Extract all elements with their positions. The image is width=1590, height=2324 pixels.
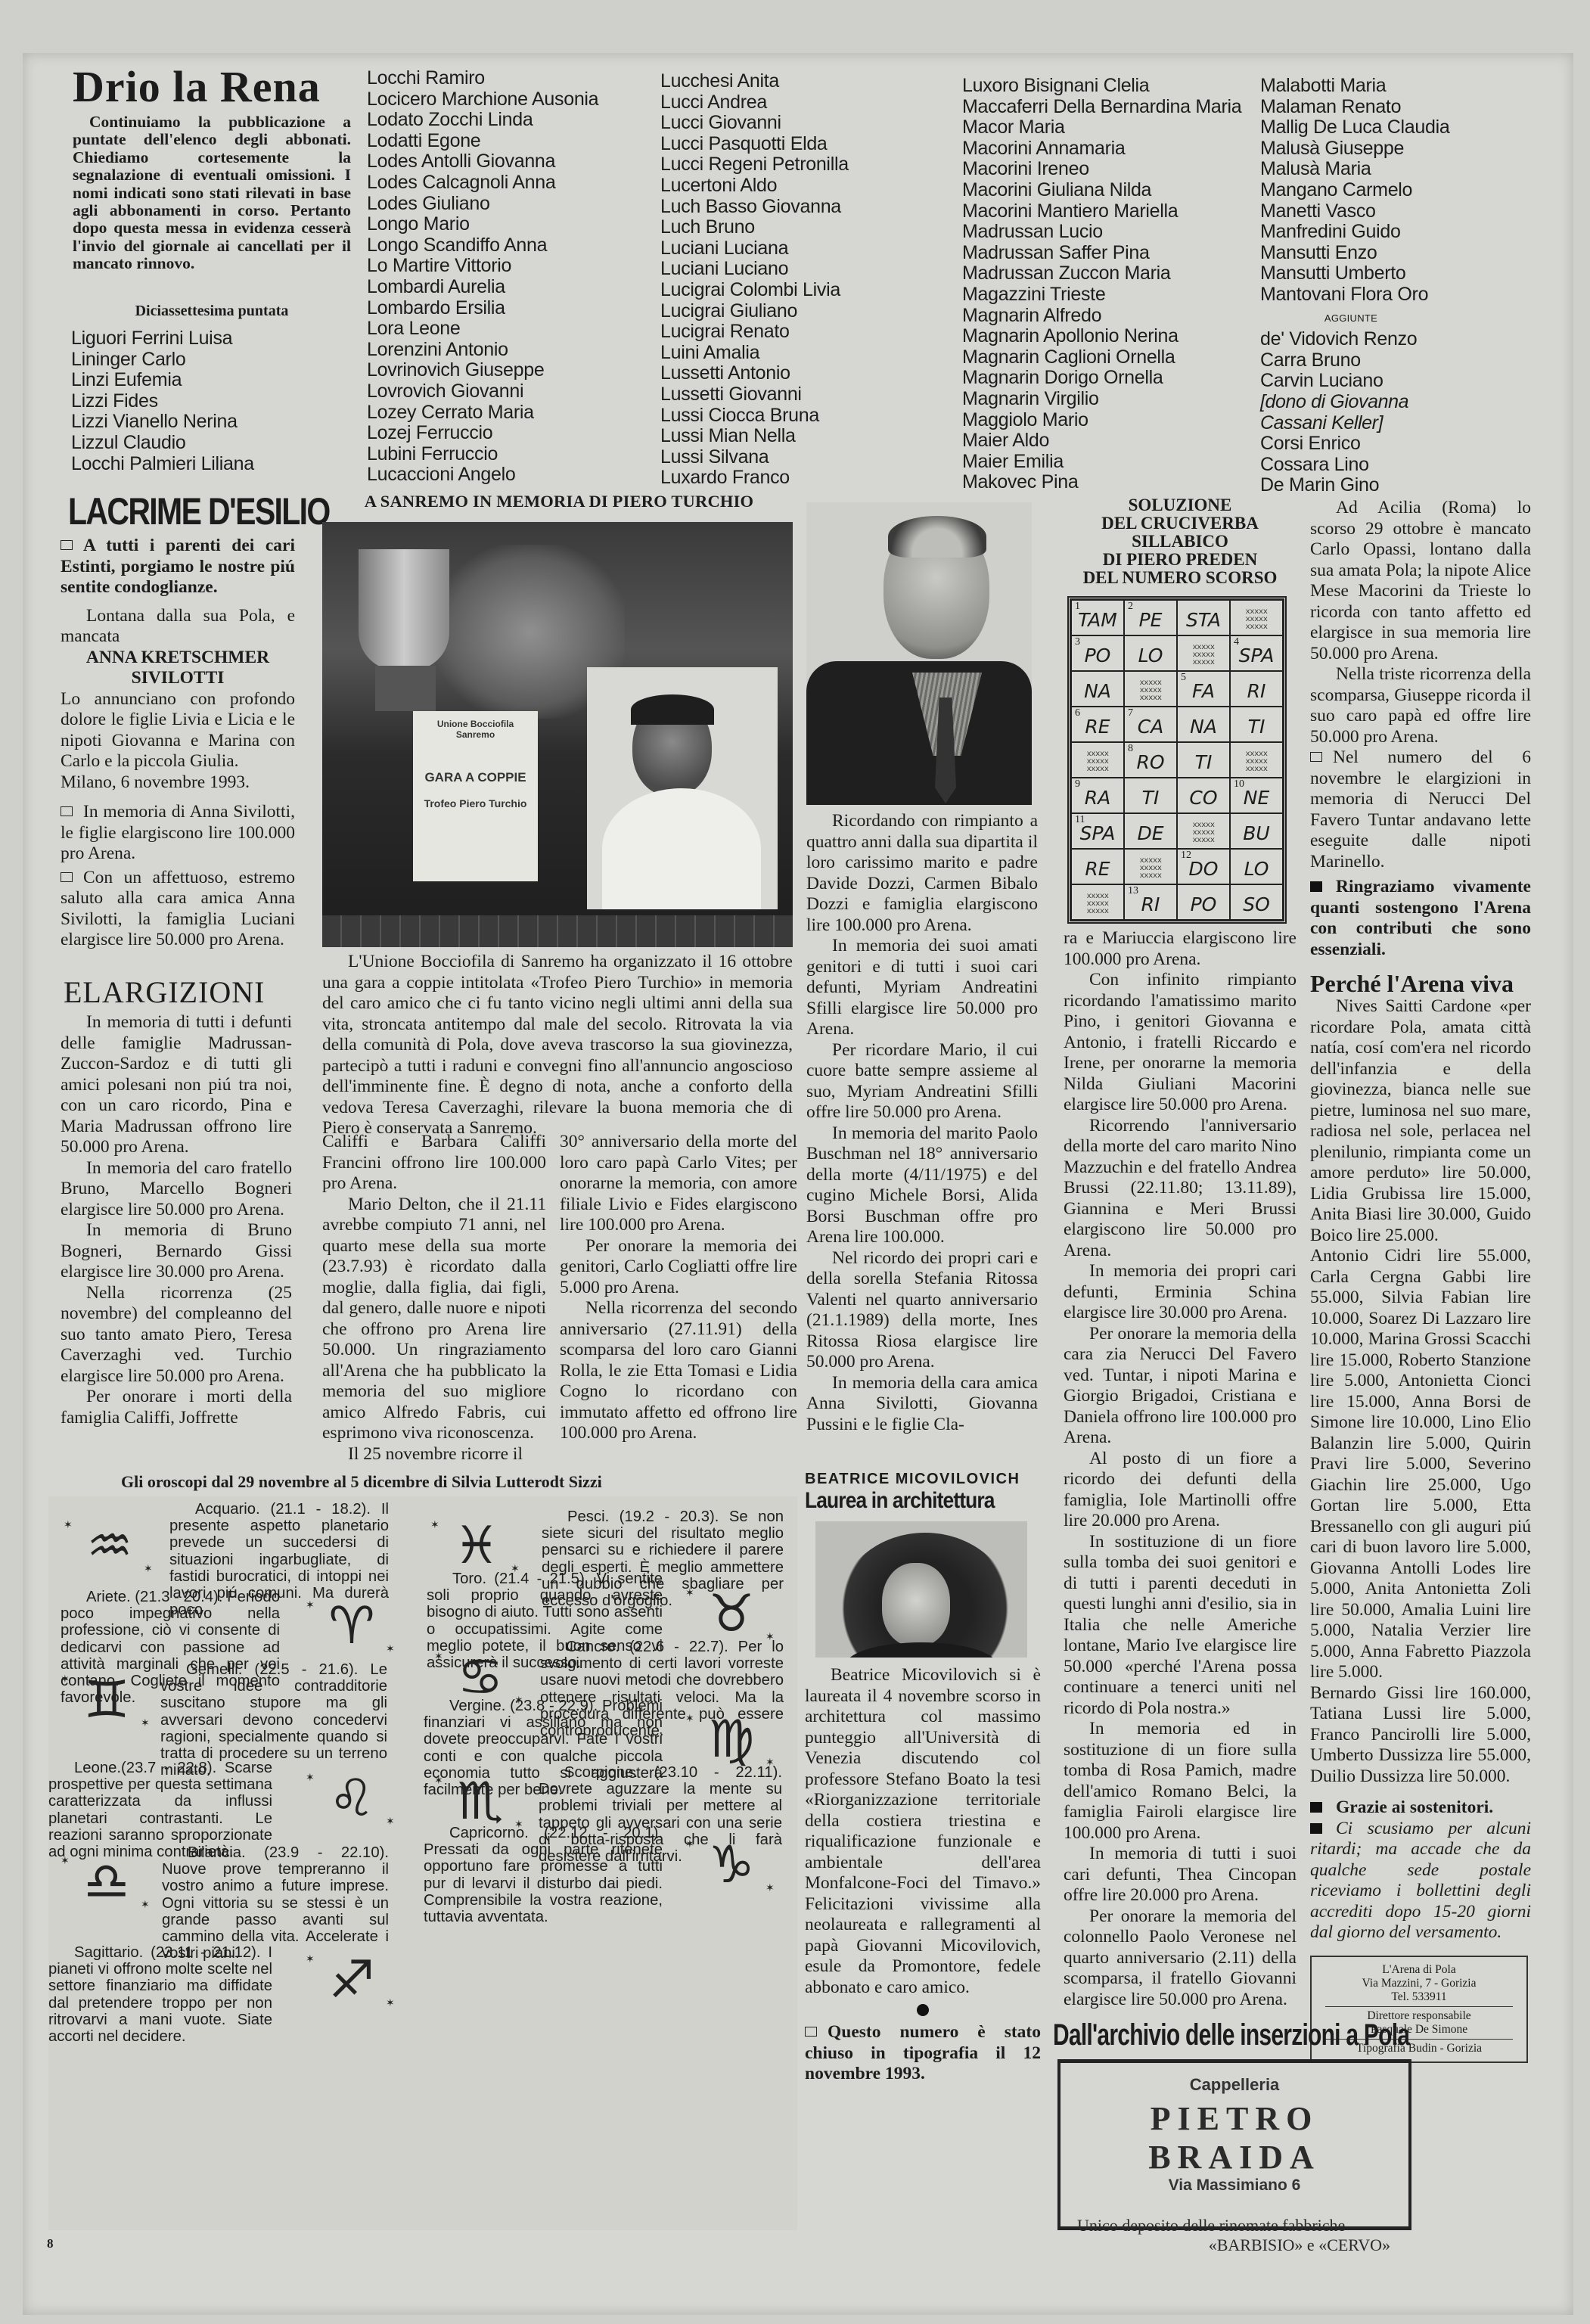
crossword-cell: LO	[1230, 849, 1283, 884]
aggiunte-name: Carvin Luciano	[1260, 371, 1442, 392]
donation-paragraph: Ricorrendo l'anniversario della morte de…	[1064, 1116, 1297, 1262]
checkbox-glyph-icon	[805, 2027, 817, 2037]
subscriber-name: Luini Amalia	[660, 343, 933, 364]
subscriber-name: Lucigrai Renato	[660, 322, 933, 343]
lacrime-p3: In memoria di Anna Sivilotti, le figlie …	[61, 802, 295, 865]
bullet-dot-icon	[917, 2004, 929, 2016]
crossword-cell: DE	[1124, 813, 1177, 849]
bullet-square-icon	[1310, 881, 1322, 892]
subscriber-name: Manfredini Guido	[1260, 222, 1442, 243]
subscriber-name: Lorenzini Antonio	[367, 340, 616, 361]
subscriber-name: Lucertoni Aldo	[660, 176, 933, 197]
subscriber-name: Magnarin Apollonio Nerina	[962, 326, 1250, 347]
subscriber-name: Linzi Eufemia	[71, 370, 359, 391]
ad-address: Via Massimiano 6	[1061, 2176, 1408, 2195]
crossword-cell: RI	[1230, 671, 1283, 707]
subscriber-list-col2: Locchi RamiroLocicero Marchione AusoniaL…	[367, 68, 616, 486]
event-poster: Unione Bocciofila Sanremo GARA A COPPIE …	[413, 711, 538, 881]
subscriber-name: Malaman Renato	[1260, 97, 1442, 118]
subscriber-name: Luxardo Franco	[660, 468, 933, 489]
donation-paragraph: Nel ricordo dei propri cari e della sore…	[806, 1248, 1038, 1373]
viva-p1: Nives Saitti Cardone «per ricordare Pola…	[1310, 996, 1531, 1246]
subscriber-name: Lizzi Vianello Nerina	[71, 412, 359, 433]
lacrime-p2: Lo annunciano con profondo dolore le fig…	[61, 689, 295, 772]
viva-p3: Bernardo Gissi lire 160.000, Tatiana Lus…	[1310, 1683, 1531, 1788]
donation-paragraph: Per onorare la memoria della cara zia Ne…	[1064, 1324, 1297, 1449]
subscriber-name: Madrussan Lucio	[962, 222, 1250, 243]
crossword-cell: 1TAM	[1071, 600, 1124, 635]
crossword-cell: 3PO	[1071, 635, 1124, 671]
crossword-cell: TI	[1124, 778, 1177, 813]
deceased-name: ANNA KRETSCHMER SIVILOTTI	[61, 648, 295, 689]
donation-paragraph: Con infinito rimpianto ricordando l'amat…	[1064, 970, 1297, 1116]
subscriber-name: Magnarin Alfredo	[962, 306, 1250, 327]
subscriber-name: Luciani Luciano	[660, 259, 933, 280]
crossword-cell: NA	[1177, 707, 1230, 742]
subscriber-name: Lodato Zocchi Linda	[367, 110, 616, 131]
checkbox-glyph-icon	[61, 806, 73, 816]
donation-paragraph: Per onorare la memoria dei genitori, Car…	[560, 1236, 797, 1299]
subscriber-name: Macorini Annamaria	[962, 138, 1250, 160]
page-number: 8	[47, 2236, 54, 2251]
viva-p2: Antonio Cidri lire 55.000, Carla Cergna …	[1310, 1246, 1531, 1683]
crossword-block-cell: xxxxxxxxxxxxxxx	[1230, 742, 1283, 778]
donation-paragraph: ra e Mariuccia elargiscono lire 100.000 …	[1064, 928, 1297, 970]
giuseppe-note: Nella triste ricorrenza della scomparsa,…	[1310, 664, 1531, 747]
drio-puntata: Diciassettesima puntata	[73, 303, 351, 320]
ad-line2: «BARBISIO» e «CERVO»	[1061, 2235, 1408, 2255]
portrait-beatrice	[815, 1521, 1027, 1658]
closing-note: Questo numero è stato chiuso in tipograf…	[805, 2022, 1041, 2085]
ad-kicker: Cappelleria	[1061, 2075, 1408, 2095]
subscriber-name: Lombardo Ersilia	[367, 298, 616, 319]
donation-paragraph: Nella ricorrenza (25 novembre) del compl…	[61, 1283, 292, 1387]
subscriber-name: Lozey Cerrato Maria	[367, 402, 616, 424]
subscriber-list-col1: Liguori Ferrini LuisaLininger CarloLinzi…	[71, 328, 359, 474]
donation-paragraph: Al posto di un fiore a ricordo dei defun…	[1064, 1449, 1297, 1532]
subscriber-name: Macorini Giuliana Nilda	[962, 180, 1250, 201]
crossword-block-cell: xxxxxxxxxxxxxxx	[1230, 600, 1283, 635]
subscriber-name: Lussi Silvana	[660, 447, 933, 468]
star-icon: ✶	[306, 1772, 315, 1785]
aggiunte-name: de' Vidovich Renzo	[1260, 329, 1442, 350]
subscriber-name: Lizzul Claudio	[71, 433, 359, 454]
bullet-square-icon	[1310, 1823, 1322, 1834]
subscriber-name: Malabotti Maria	[1260, 76, 1442, 97]
subscriber-name: Malusà Giuseppe	[1260, 138, 1442, 160]
crossword-block-cell: xxxxxxxxxxxxxxx	[1071, 884, 1124, 920]
subscriber-name: Manetti Vasco	[1260, 201, 1442, 222]
star-icon: ✶	[144, 1563, 153, 1576]
subscriber-name: Mangano Carmelo	[1260, 180, 1442, 201]
publication-address: Via Mazzini, 7 - Gorizia	[1315, 1977, 1523, 1990]
archivio-title: Dall'archivio delle inserzioni a Pola	[1053, 2018, 1409, 2052]
sanremo-section: A SANREMO IN MEMORIA DI PIERO TURCHIO Un…	[322, 492, 796, 1139]
ad-line1: Unico deposito delle rinomate fabbriche	[1061, 2216, 1408, 2235]
subscriber-name: Lizzi Fides	[71, 391, 359, 412]
crossword-cell: SO	[1230, 884, 1283, 920]
subscriber-name: Lodatti Egone	[367, 131, 616, 152]
aggiunte-note: [dono di Giovanna Cassani Keller]	[1260, 392, 1415, 433]
aggiunte-name: De Marin Gino	[1260, 475, 1442, 496]
subscriber-name: Lora Leone	[367, 318, 616, 340]
donation-paragraph: In memoria del caro fratello Bruno, Marc…	[61, 1158, 292, 1221]
donation-paragraph: Per onorare la memoria del colonnello Pa…	[1064, 1906, 1297, 2011]
portrait-piero-turchio	[587, 667, 778, 909]
lacrime-title: LACRIME D'ESILIO	[68, 492, 254, 531]
crossword-cell: 7CA	[1124, 707, 1177, 742]
crossword-block-cell: xxxxxxxxxxxxxxx	[1124, 671, 1177, 707]
subscriber-name: Lussetti Antonio	[660, 363, 933, 384]
subscriber-name: Mansutti Enzo	[1260, 243, 1442, 264]
subscriber-name: Lucigrai Giuliano	[660, 301, 933, 322]
subscriber-name: Makovec Pina	[962, 472, 1250, 493]
star-icon: ✶	[141, 1899, 150, 1912]
star-icon: ✶	[61, 1673, 70, 1686]
subscriber-name: Mallig De Luca Claudia	[1260, 117, 1442, 138]
sanremo-title: A SANREMO IN MEMORIA DI PIERO TURCHIO	[322, 492, 796, 511]
subscriber-name: Lucigrai Colombi Livia	[660, 280, 933, 301]
crossword-title: SOLUZIONEDEL CRUCIVERBASILLABICODI PIERO…	[1064, 496, 1297, 587]
subscriber-list-col5: Malabotti MariaMalaman RenatoMallig De L…	[1260, 76, 1442, 496]
crossword-cell: NA	[1071, 671, 1124, 707]
subscriber-name: Magnarin Caglioni Ornella	[962, 347, 1250, 368]
subscriber-name: Lovrinovich Giuseppe	[367, 360, 616, 381]
subscriber-name: Mantovani Flora Oro	[1260, 284, 1442, 306]
donation-paragraph: In memoria ed in sostituzione di un fior…	[1064, 1719, 1297, 1844]
star-icon: ✶	[386, 1997, 395, 2010]
subscriber-name: Lussi Ciocca Bruna	[660, 405, 933, 427]
checkbox-glyph-icon	[61, 872, 73, 882]
donation-paragraph: In memoria dei propri cari defunti, Ermi…	[1064, 1261, 1297, 1324]
bullet-square-icon	[1310, 1802, 1322, 1813]
subscriber-list-col3: Lucchesi AnitaLucci AndreaLucci Giovanni…	[660, 71, 933, 489]
donation-paragraph: In memoria di Bruno Bogneri, Bernardo Gi…	[61, 1220, 292, 1283]
star-icon: ✶	[765, 1882, 775, 1895]
subscriber-name: Longo Mario	[367, 214, 616, 235]
donation-paragraph: In sostituzione di un fiore sulla tomba …	[1064, 1532, 1297, 1720]
trophy-cup-icon	[359, 549, 449, 670]
star-icon: ✶	[61, 1855, 70, 1868]
beatrice-kicker: BEATRICE MICOVILOVICH	[805, 1471, 1041, 1488]
beatrice-title: Laurea in architettura	[805, 1488, 1013, 1514]
star-icon: ✶	[430, 1519, 439, 1532]
donation-paragraph: In memoria della cara amica Anna Sivilot…	[806, 1373, 1038, 1436]
subscriber-name: Lodes Calcagnoli Anna	[367, 172, 616, 194]
subscriber-name: Malusà Maria	[1260, 159, 1442, 180]
subscriber-name: Lucci Andrea	[660, 92, 933, 113]
oroscopi-title: Gli oroscopi dal 29 novembre al 5 dicemb…	[121, 1472, 779, 1492]
subscriber-name: Magazzini Trieste	[962, 284, 1250, 306]
crossword-cell: 4SPA	[1230, 635, 1283, 671]
subscriber-name: Lodes Giuliano	[367, 194, 616, 215]
donation-paragraph: Califfi e Barbara Califfi Francini offro…	[322, 1132, 546, 1195]
subscriber-name: Lombardi Aurelia	[367, 277, 616, 298]
subscriber-name: Maccaferri Della Bernardina Maria	[962, 97, 1250, 118]
right-column: Ad Acilia (Roma) lo scorso 29 ottobre è …	[1310, 498, 1531, 2063]
crossword-cell: 13RI	[1124, 884, 1177, 920]
crossword-block-cell: xxxxxxxxxxxxxxx	[1124, 849, 1177, 884]
paving-stones	[322, 915, 793, 947]
beatrice-body: Beatrice Micovilovich si è laureata il 4…	[805, 1665, 1041, 1998]
checkbox-glyph-icon	[1310, 752, 1322, 762]
subscriber-name: Madrussan Saffer Pina	[962, 243, 1250, 264]
aggiunte-name: Carra Bruno	[1260, 350, 1442, 371]
star-icon: ✶	[434, 1775, 443, 1788]
subscriber-list-col4: Luxoro Bisignani CleliaMaccaferri Della …	[962, 76, 1250, 493]
crossword-cell: CO	[1177, 778, 1230, 813]
subscriber-name: Lussi Mian Nella	[660, 426, 933, 447]
subscriber-name: Longo Scandiffo Anna	[367, 235, 616, 256]
portrait-davide-dozzi	[806, 502, 1032, 805]
donation-paragraph: Per onorare i morti della famiglia Calif…	[61, 1387, 292, 1428]
viva-title: Perché l'Arena viva	[1310, 971, 1531, 996]
crossword-block-cell: xxxxxxxxxxxxxxx	[1177, 635, 1230, 671]
publication-phone: Tel. 533911	[1315, 1990, 1523, 2004]
crossword-cell: 6RE	[1071, 707, 1124, 742]
subscriber-name: Lozej Ferruccio	[367, 423, 616, 444]
lacrime-p1: Lontana dalla sua Pola, e mancata	[61, 606, 295, 648]
subscriber-name: Lubini Ferruccio	[367, 444, 616, 465]
subscriber-name: Magnarin Dorigo Ornella	[962, 368, 1250, 389]
crossword-cell: PO	[1177, 884, 1230, 920]
apology-note: Ci scusiamo per alcuni ritardi; ma accad…	[1310, 1819, 1531, 1943]
drio-intro: Continuiamo la pubblicazione a puntate d…	[73, 113, 351, 273]
star-icon: ✶	[434, 1651, 443, 1664]
donation-paragraph: In memoria dei suoi amati genitori e di …	[806, 936, 1038, 1040]
ad-name: PIETRO BRAIDA	[1061, 2099, 1408, 2176]
aggiunte-label: AGGIUNTE	[1260, 306, 1442, 330]
crossword-cell: 5FA	[1177, 671, 1230, 707]
subscriber-name: Lucci Regeni Petronilla	[660, 154, 933, 176]
beatrice-section: BEATRICE MICOVILOVICH Laurea in architet…	[805, 1471, 1041, 2085]
thanks-note: Ringraziamo vivamente quanti sostengono …	[1310, 877, 1531, 960]
subscriber-name: Luch Basso Giovanna	[660, 197, 933, 218]
star-icon: ✶	[141, 1717, 150, 1730]
lacrime-place-date: Milano, 6 novembre 1993.	[61, 772, 295, 794]
subscriber-name: Lodes Antolli Giovanna	[367, 151, 616, 172]
subscriber-name: Luch Bruno	[660, 217, 933, 238]
crossword-cell: STA	[1177, 600, 1230, 635]
subscriber-name: Macor Maria	[962, 117, 1250, 138]
dozzi-section: Ricordando con rimpianto a quattro anni …	[806, 502, 1038, 1435]
crossword-cell: LO	[1124, 635, 1177, 671]
aggiunte-name: Cossara Lino	[1260, 455, 1442, 476]
crossword-cell: 9RA	[1071, 778, 1124, 813]
subscriber-name: Maier Emilia	[962, 452, 1250, 473]
subscriber-name: Lucaccioni Angelo	[367, 464, 616, 486]
donations-col-b: 30° anniversario della morte del loro ca…	[560, 1132, 797, 1444]
crossword-cell: 8RO	[1124, 742, 1177, 778]
subscriber-name: Maier Aldo	[962, 430, 1250, 452]
star-icon: ✶	[306, 1953, 315, 1966]
crossword-block-cell: xxxxxxxxxxxxxxx	[1071, 742, 1124, 778]
subscriber-name: Locchi Palmieri Liliana	[71, 454, 359, 475]
donation-paragraph: Per ricordare Mario, il cui cuore batte …	[806, 1040, 1038, 1123]
subscriber-name: Liguori Ferrini Luisa	[71, 328, 359, 350]
checkbox-glyph-icon	[61, 540, 73, 550]
drio-title: Drio la Rena	[73, 64, 368, 110]
crossword-cell: BU	[1230, 813, 1283, 849]
opassi-note: Ad Acilia (Roma) lo scorso 29 ottobre è …	[1310, 498, 1531, 664]
star-icon: ✶	[64, 1519, 73, 1532]
subscriber-name: Locchi Ramiro	[367, 68, 616, 89]
publication-name: L'Arena di Pola	[1315, 1963, 1523, 1977]
crossword-cell: TI	[1177, 742, 1230, 778]
crossword-cell: 10NE	[1230, 778, 1283, 813]
pietro-braida-ad: Cappelleria PIETRO BRAIDA Via Massimiano…	[1057, 2059, 1411, 2230]
crossword-section: SOLUZIONEDEL CRUCIVERBASILLABICODI PIERO…	[1064, 496, 1297, 2010]
star-icon: ✶	[386, 1816, 395, 1828]
donation-paragraph: In memoria del marito Paolo Buschman nel…	[806, 1123, 1038, 1248]
subscriber-name: Luxoro Bisignani Clelia	[962, 76, 1250, 97]
subscriber-name: Magnarin Virgilio	[962, 389, 1250, 410]
star-icon: ✶	[386, 1643, 395, 1656]
subscriber-name: Lucci Pasquotti Elda	[660, 134, 933, 155]
sanremo-body: L'Unione Bocciofila di Sanremo ha organi…	[322, 952, 793, 1139]
subscriber-name: Luciani Luciana	[660, 238, 933, 259]
subscriber-name: Lucchesi Anita	[660, 71, 933, 92]
donation-paragraph: Ricordando con rimpianto a quattro anni …	[806, 811, 1038, 936]
star-icon: ✶	[685, 1713, 694, 1726]
donation-paragraph: Il 25 novembre ricorre il	[322, 1444, 546, 1465]
donation-paragraph: Mario Delton, che il 21.11 avrebbe compi…	[322, 1195, 546, 1444]
crossword-cell: TI	[1230, 707, 1283, 742]
crossword-cell: 12DO	[1177, 849, 1230, 884]
elargizioni-title: ELARGIZIONI	[64, 976, 292, 1009]
crossword-cell: 11SPA	[1071, 813, 1124, 849]
crossword-cell: RE	[1071, 849, 1124, 884]
donation-paragraph: Nella ricorrenza del secondo anniversari…	[560, 1298, 797, 1444]
subscriber-name: Lovrovich Giovanni	[367, 381, 616, 402]
errata-note: Nel numero del 6 novembre le elargizioni…	[1310, 747, 1531, 872]
crossword-grid: 1TAM2PESTAxxxxxxxxxxxxxxx3POLOxxxxxxxxxx…	[1067, 596, 1287, 924]
sanremo-photo: Unione Bocciofila Sanremo GARA A COPPIE …	[322, 522, 793, 947]
subscriber-name: Lininger Carlo	[71, 350, 359, 371]
subscriber-name: Lussetti Giovanni	[660, 384, 933, 405]
donations-col-a: Califfi e Barbara Califfi Francini offro…	[322, 1132, 546, 1465]
subscriber-name: Mansutti Umberto	[1260, 263, 1442, 284]
subscriber-name: Lucci Giovanni	[660, 113, 933, 134]
aggiunte-name: Corsi Enrico	[1260, 433, 1442, 455]
horoscope-sagittario: Sagittario. (23.11 - 21.12). I pianeti v…	[48, 1944, 272, 2045]
star-icon: ✶	[306, 1599, 315, 1612]
grazie-note: Grazie ai sostenitori.	[1310, 1797, 1531, 1819]
donation-paragraph: In memoria di tutti i defunti delle fami…	[61, 1012, 292, 1158]
lacrime-section: LACRIME D'ESILIO A tutti i parenti dei c…	[61, 492, 295, 951]
crossword-cell: 2PE	[1124, 600, 1177, 635]
star-icon: ✶	[685, 1838, 694, 1851]
elargizioni-section: ELARGIZIONI In memoria di tutti i defunt…	[61, 976, 292, 1428]
star-icon: ✶	[685, 1587, 694, 1600]
subscriber-name: Locicero Marchione Ausonia	[367, 89, 616, 110]
donation-paragraph: 30° anniversario della morte del loro ca…	[560, 1132, 797, 1236]
lacrime-p4: Con un affettuoso, estremo saluto alla c…	[61, 868, 295, 951]
subscriber-name: Macorini Ireneo	[962, 159, 1250, 180]
horoscope-capricorno: Capricorno. (22.12 - 20.1). Pressati da …	[424, 1825, 663, 1925]
crossword-block-cell: xxxxxxxxxxxxxxx	[1177, 813, 1230, 849]
lacrime-intro: A tutti i parenti dei cari Estinti, porg…	[61, 536, 295, 598]
subscriber-name: Lo Martire Vittorio	[367, 256, 616, 277]
trophy-base	[375, 666, 436, 711]
donation-paragraph: In memoria di tutti i suoi cari defunti,…	[1064, 1844, 1297, 1906]
subscriber-name: Maggiolo Mario	[962, 410, 1250, 431]
subscriber-name: Madrussan Zuccon Maria	[962, 263, 1250, 284]
subscriber-name: Macorini Mantiero Mariella	[962, 201, 1250, 222]
